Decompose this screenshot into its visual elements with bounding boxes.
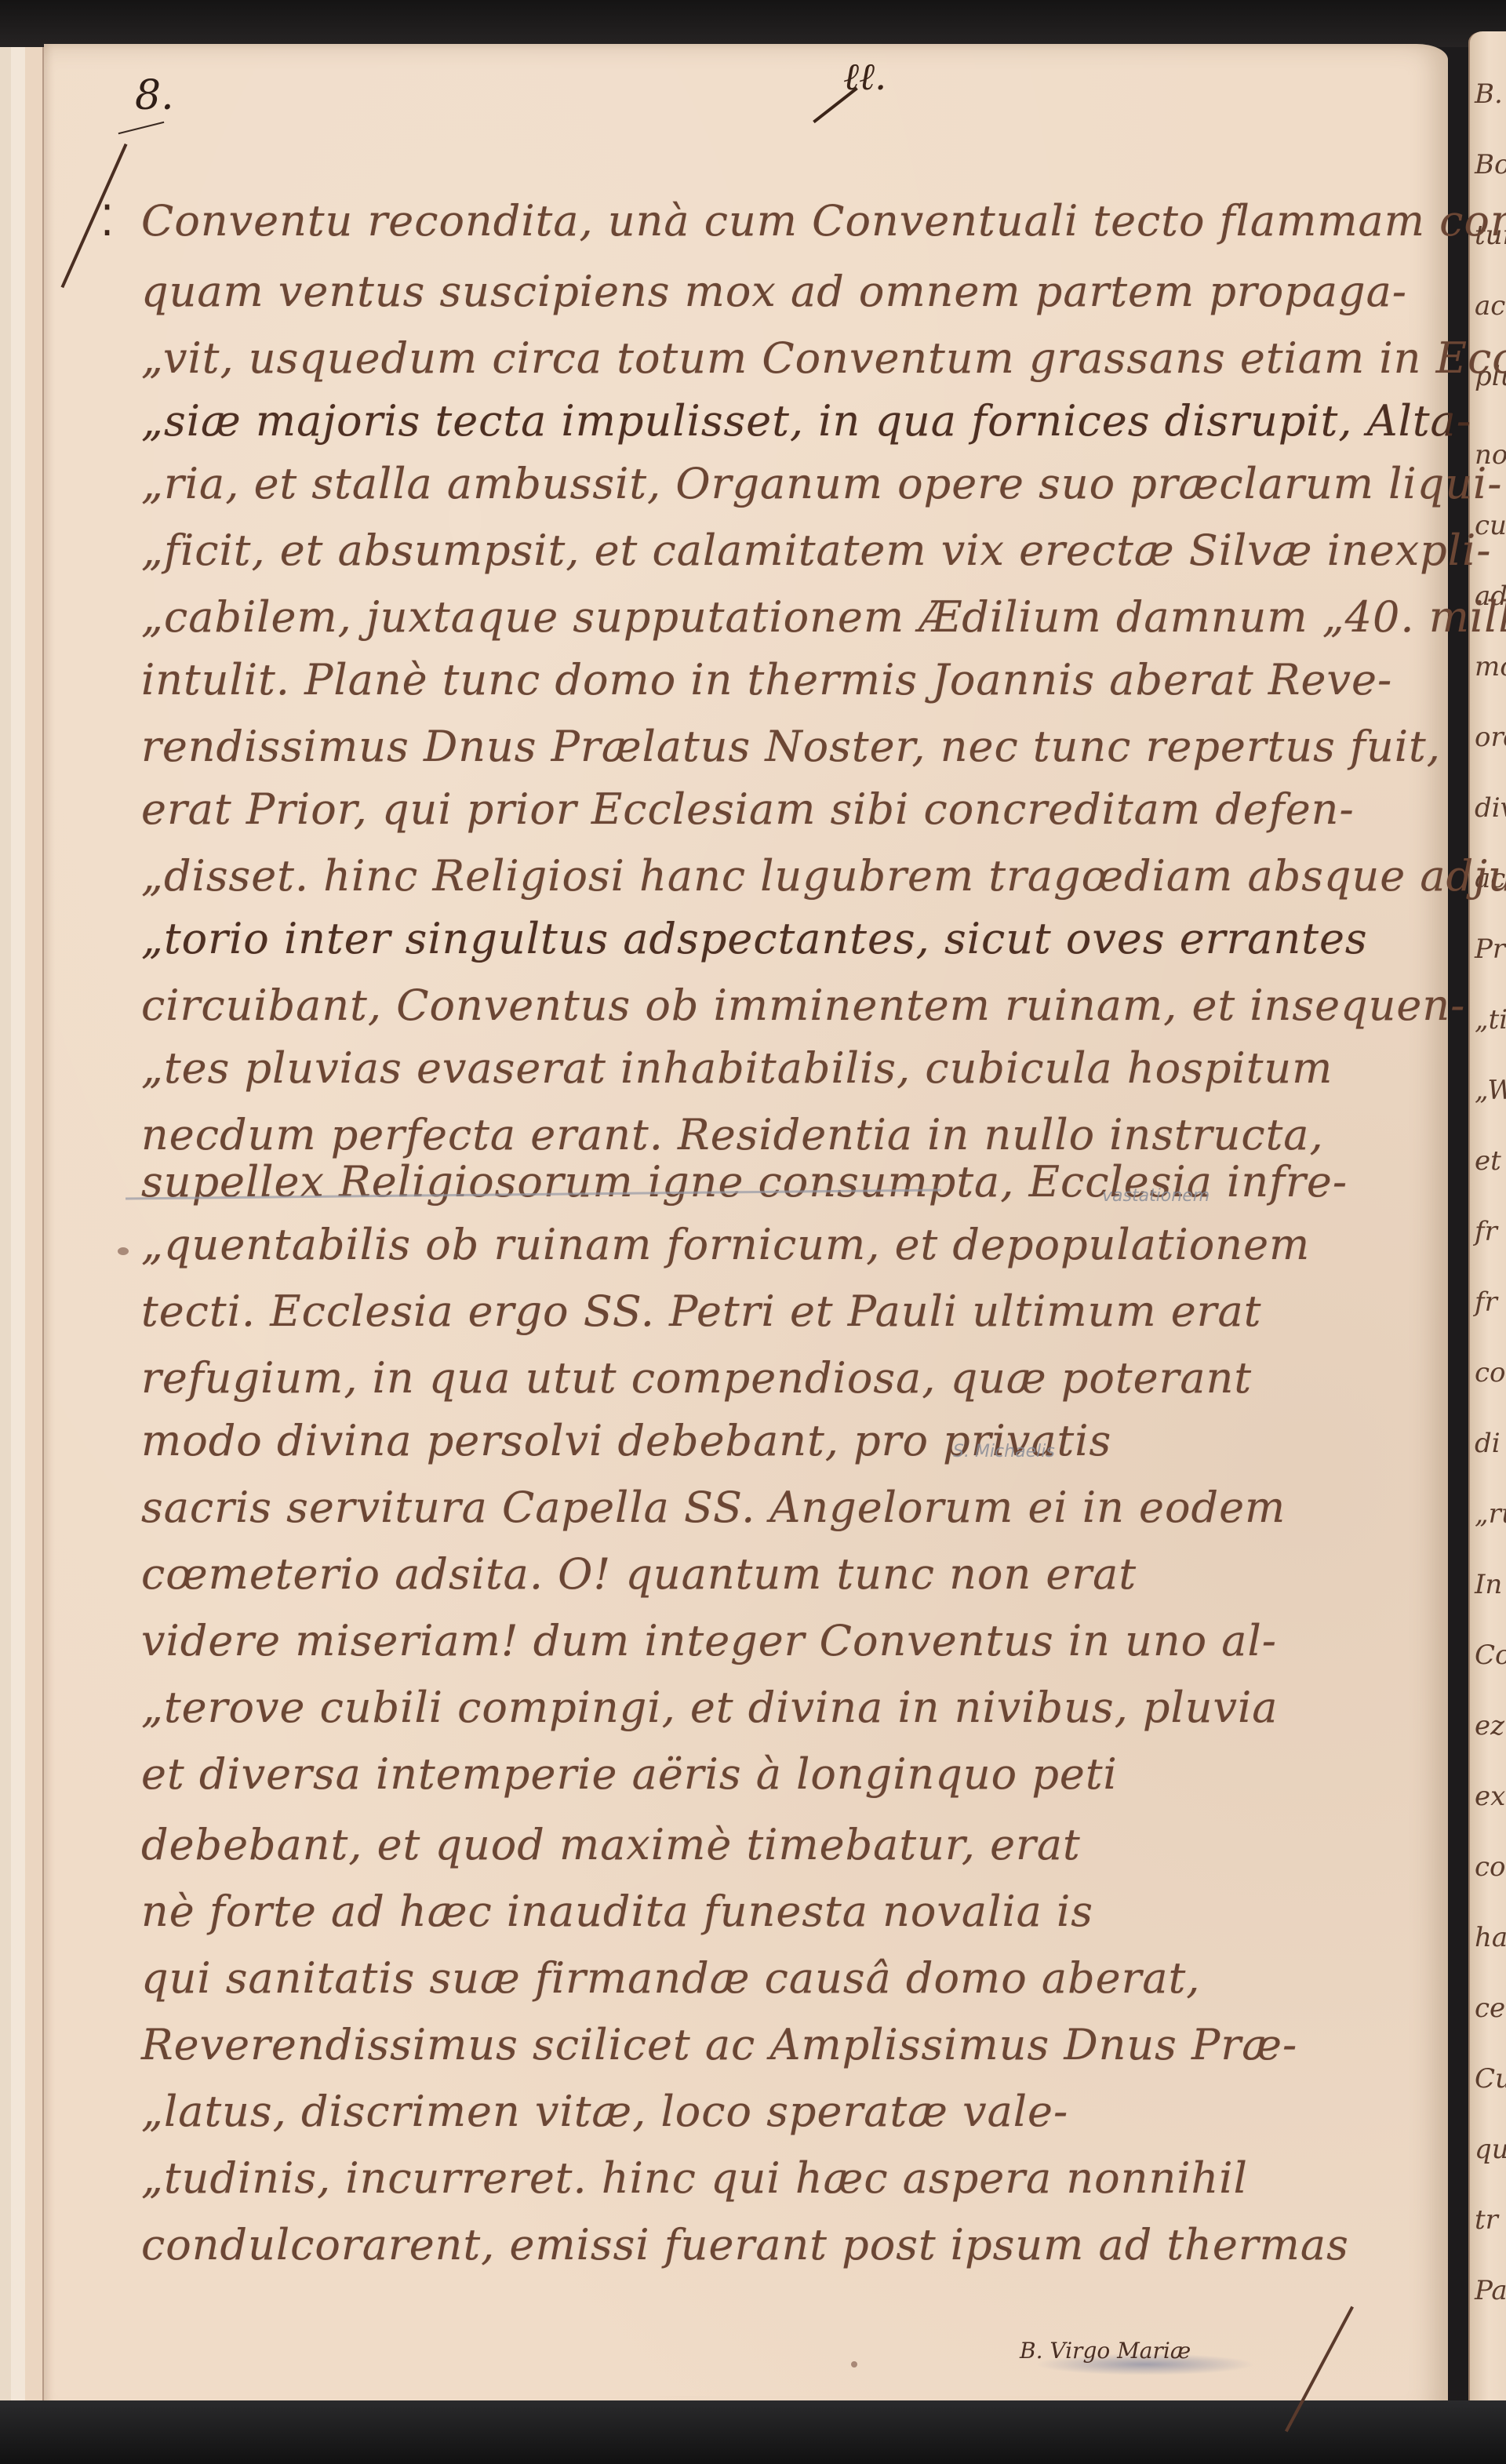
facing-page-fragment: et	[1475, 1145, 1501, 1177]
paper-stain	[118, 1247, 129, 1255]
facing-page-fragment: fr	[1475, 1216, 1497, 1247]
facing-page-fragment: In	[1475, 1569, 1502, 1600]
text-line: refugium, in qua utut compendiosa, quæ p…	[141, 1353, 1252, 1403]
facing-page-fragment: Boa	[1475, 149, 1506, 180]
facing-page-fragment: Pro	[1475, 934, 1506, 965]
facing-page-fragment: qu	[1475, 2134, 1506, 2165]
facing-page-edge: B. Ma Boa tum actu plu nov cum ad h mod …	[1468, 31, 1506, 2408]
text-line: „torio inter singultus adspectantes, sic…	[141, 914, 1368, 963]
text-line: „tudinis, incurreret. hinc qui hæc asper…	[141, 2153, 1248, 2203]
text-line: „tes pluvias evaserat inhabitabilis, cub…	[141, 1043, 1333, 1093]
text-line: „ria, et stalla ambussit, Organum opere …	[141, 459, 1503, 508]
text-line: debebant, et quod maximè timebatur, erat	[141, 1820, 1081, 1869]
insertion-dots-icon: ⁚	[100, 196, 114, 246]
text-line: „cabilem, juxtaque supputationem Ædilium…	[141, 592, 1506, 642]
text-line: cœmeterio adsita. O! quantum tunc non er…	[141, 1549, 1137, 1599]
facing-page-fragment: Pa	[1475, 2275, 1506, 2306]
text-line: quam ventus suscipiens mox ad omnem part…	[141, 267, 1407, 316]
manuscript-scan: B. Ma Boa tum actu plu nov cum ad h mod …	[0, 0, 1506, 2464]
catchword-bottom: B. Virgo Mariæ	[1020, 2338, 1191, 2364]
text-line: tecti. Ecclesia ergo SS. Petri et Pauli …	[141, 1287, 1261, 1336]
text-line: sacris servitura Capella SS. Angelorum e…	[141, 1483, 1286, 1532]
facing-page-fragment: Co	[1475, 1640, 1506, 1671]
text-line: videre miseriam! dum integer Conventus i…	[141, 1616, 1277, 1665]
page-edge	[11, 47, 27, 2417]
book-cloth-top	[0, 0, 1506, 47]
text-line: intulit. Planè tunc domo in thermis Joan…	[141, 655, 1392, 704]
pencil-annotation: vastationem	[1102, 1186, 1210, 1206]
facing-page-fragment: ord	[1475, 722, 1506, 753]
text-line: circuibant, Conventus ob imminentem ruin…	[141, 981, 1465, 1030]
text-line: „terove cubili compingi, et divina in ni…	[141, 1683, 1279, 1732]
folio-number: 8.	[135, 72, 174, 119]
text-line: „disset. hinc Religiosi hanc lugubrem tr…	[141, 851, 1506, 901]
facing-page-fragment: ez	[1475, 1710, 1504, 1742]
facing-page-fragment: „ru	[1475, 1498, 1506, 1530]
text-line: Conventu recondita, unà cum Conventuali …	[141, 196, 1506, 246]
facing-page-fragment: di	[1475, 1428, 1501, 1459]
text-line: qui sanitatis suæ firmandæ causâ domo ab…	[141, 1953, 1200, 2003]
facing-page-fragment: tr	[1475, 2204, 1498, 2236]
facing-page-fragment: co	[1475, 1851, 1506, 1883]
facing-page-fragment: ce	[1475, 1993, 1505, 2024]
text-line: „siæ majoris tecta impulisset, in qua fo…	[141, 396, 1471, 446]
text-line: „ficit, et absumpsit, et calamitatem vix…	[141, 526, 1492, 575]
paper-stain	[851, 2361, 857, 2368]
book-cloth-bottom	[0, 2400, 1506, 2464]
text-line: „latus, discrimen vitæ, loco speratæ val…	[141, 2087, 1068, 2136]
text-line: et diversa intemperie aëris à longinquo …	[141, 1749, 1118, 1799]
facing-page-fragment: B. Ma	[1475, 78, 1506, 110]
pencil-annotation: S. Michaelis	[953, 1442, 1055, 1461]
facing-page-fragment: „Wo	[1475, 1075, 1506, 1106]
text-line: „quentabilis ob ruinam fornicum, et depo…	[141, 1220, 1310, 1269]
page-edge	[25, 47, 44, 2417]
text-line: Reverendissimus scilicet ac Amplissimus …	[141, 2020, 1297, 2069]
facing-page-fragment: mod	[1475, 651, 1506, 682]
facing-page-fragment: ha	[1475, 1922, 1506, 1953]
text-line: „vit, usquedum circa totum Conventum gra…	[141, 333, 1506, 383]
facing-page-fragment: div	[1475, 792, 1506, 824]
facing-page-fragment: fr	[1475, 1287, 1497, 1318]
facing-page-fragment: ex	[1475, 1781, 1505, 1812]
facing-page-fragment: co	[1475, 1357, 1506, 1389]
text-line: erat Prior, qui prior Ecclesiam sibi con…	[141, 784, 1355, 834]
text-line: nè forte ad hæc inaudita funesta novalia…	[141, 1887, 1093, 1936]
text-line: condulcorarent, emissi fuerant post ipsu…	[141, 2220, 1349, 2269]
facing-page-fragment: „tis	[1475, 1004, 1506, 1035]
text-line: necdum perfecta erant. Residentia in nul…	[141, 1110, 1324, 1159]
text-line: rendissimus Dnus Prælatus Noster, nec tu…	[141, 722, 1441, 771]
facing-page-fragment: actu	[1475, 290, 1506, 322]
facing-page-fragment: Cu	[1475, 2063, 1506, 2095]
